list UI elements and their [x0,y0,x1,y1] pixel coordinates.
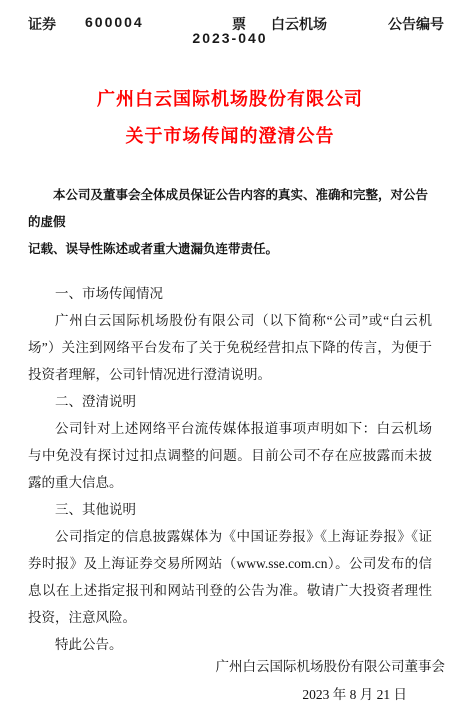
document-body: 一、市场传闻情况 广州白云国际机场股份有限公司（以下简称“公司”或“白云机场”）… [28,280,432,658]
document-title: 广州白云国际机场股份有限公司 关于市场传闻的澄清公告 [0,81,460,155]
disclaimer-line1: 本公司及董事会全体成员保证公告内容的真实、准确和完整，对公告的虚假 [28,182,432,236]
section-1-heading: 一、市场传闻情况 [28,280,432,307]
section-3-heading: 三、其他说明 [28,496,432,523]
signature-date: 2023 年 8 月 21 日 [0,681,460,709]
disclaimer-line2: 记载、误导性陈述或者重大遗漏负连带责任。 [28,236,432,263]
stock-code: 600004 [85,14,144,30]
disclaimer-statement: 本公司及董事会全体成员保证公告内容的真实、准确和完整，对公告的虚假 记载、误导性… [28,182,432,263]
section-3-paragraph: 公司指定的信息披露媒体为《中国证券报》《上海证券报》《证券时报》及上海证券交易所… [28,523,432,631]
section-2-paragraph: 公司针对上述网络平台流传媒体报道事项声明如下：白云机场与中免没有探讨过扣点调整的… [28,415,432,496]
signature-block: 广州白云国际机场股份有限公司董事会 2023 年 8 月 21 日 [0,653,460,709]
section-2-heading: 二、澄清说明 [28,388,432,415]
document-header: 证券 600004 票 白云机场 公告编号 2023-040 [0,0,460,55]
section-1-paragraph: 广州白云国际机场股份有限公司（以下简称“公司”或“白云机场”）关注到网络平台发布… [28,307,432,388]
document-title-line1: 广州白云国际机场股份有限公司 [0,81,460,118]
document-page: 证券 600004 票 白云机场 公告编号 2023-040 广州白云国际机场股… [0,0,460,721]
document-title-line2: 关于市场传闻的澄清公告 [0,118,460,155]
signature-company: 广州白云国际机场股份有限公司董事会 [0,653,460,681]
announcement-number: 2023-040 [0,30,460,46]
